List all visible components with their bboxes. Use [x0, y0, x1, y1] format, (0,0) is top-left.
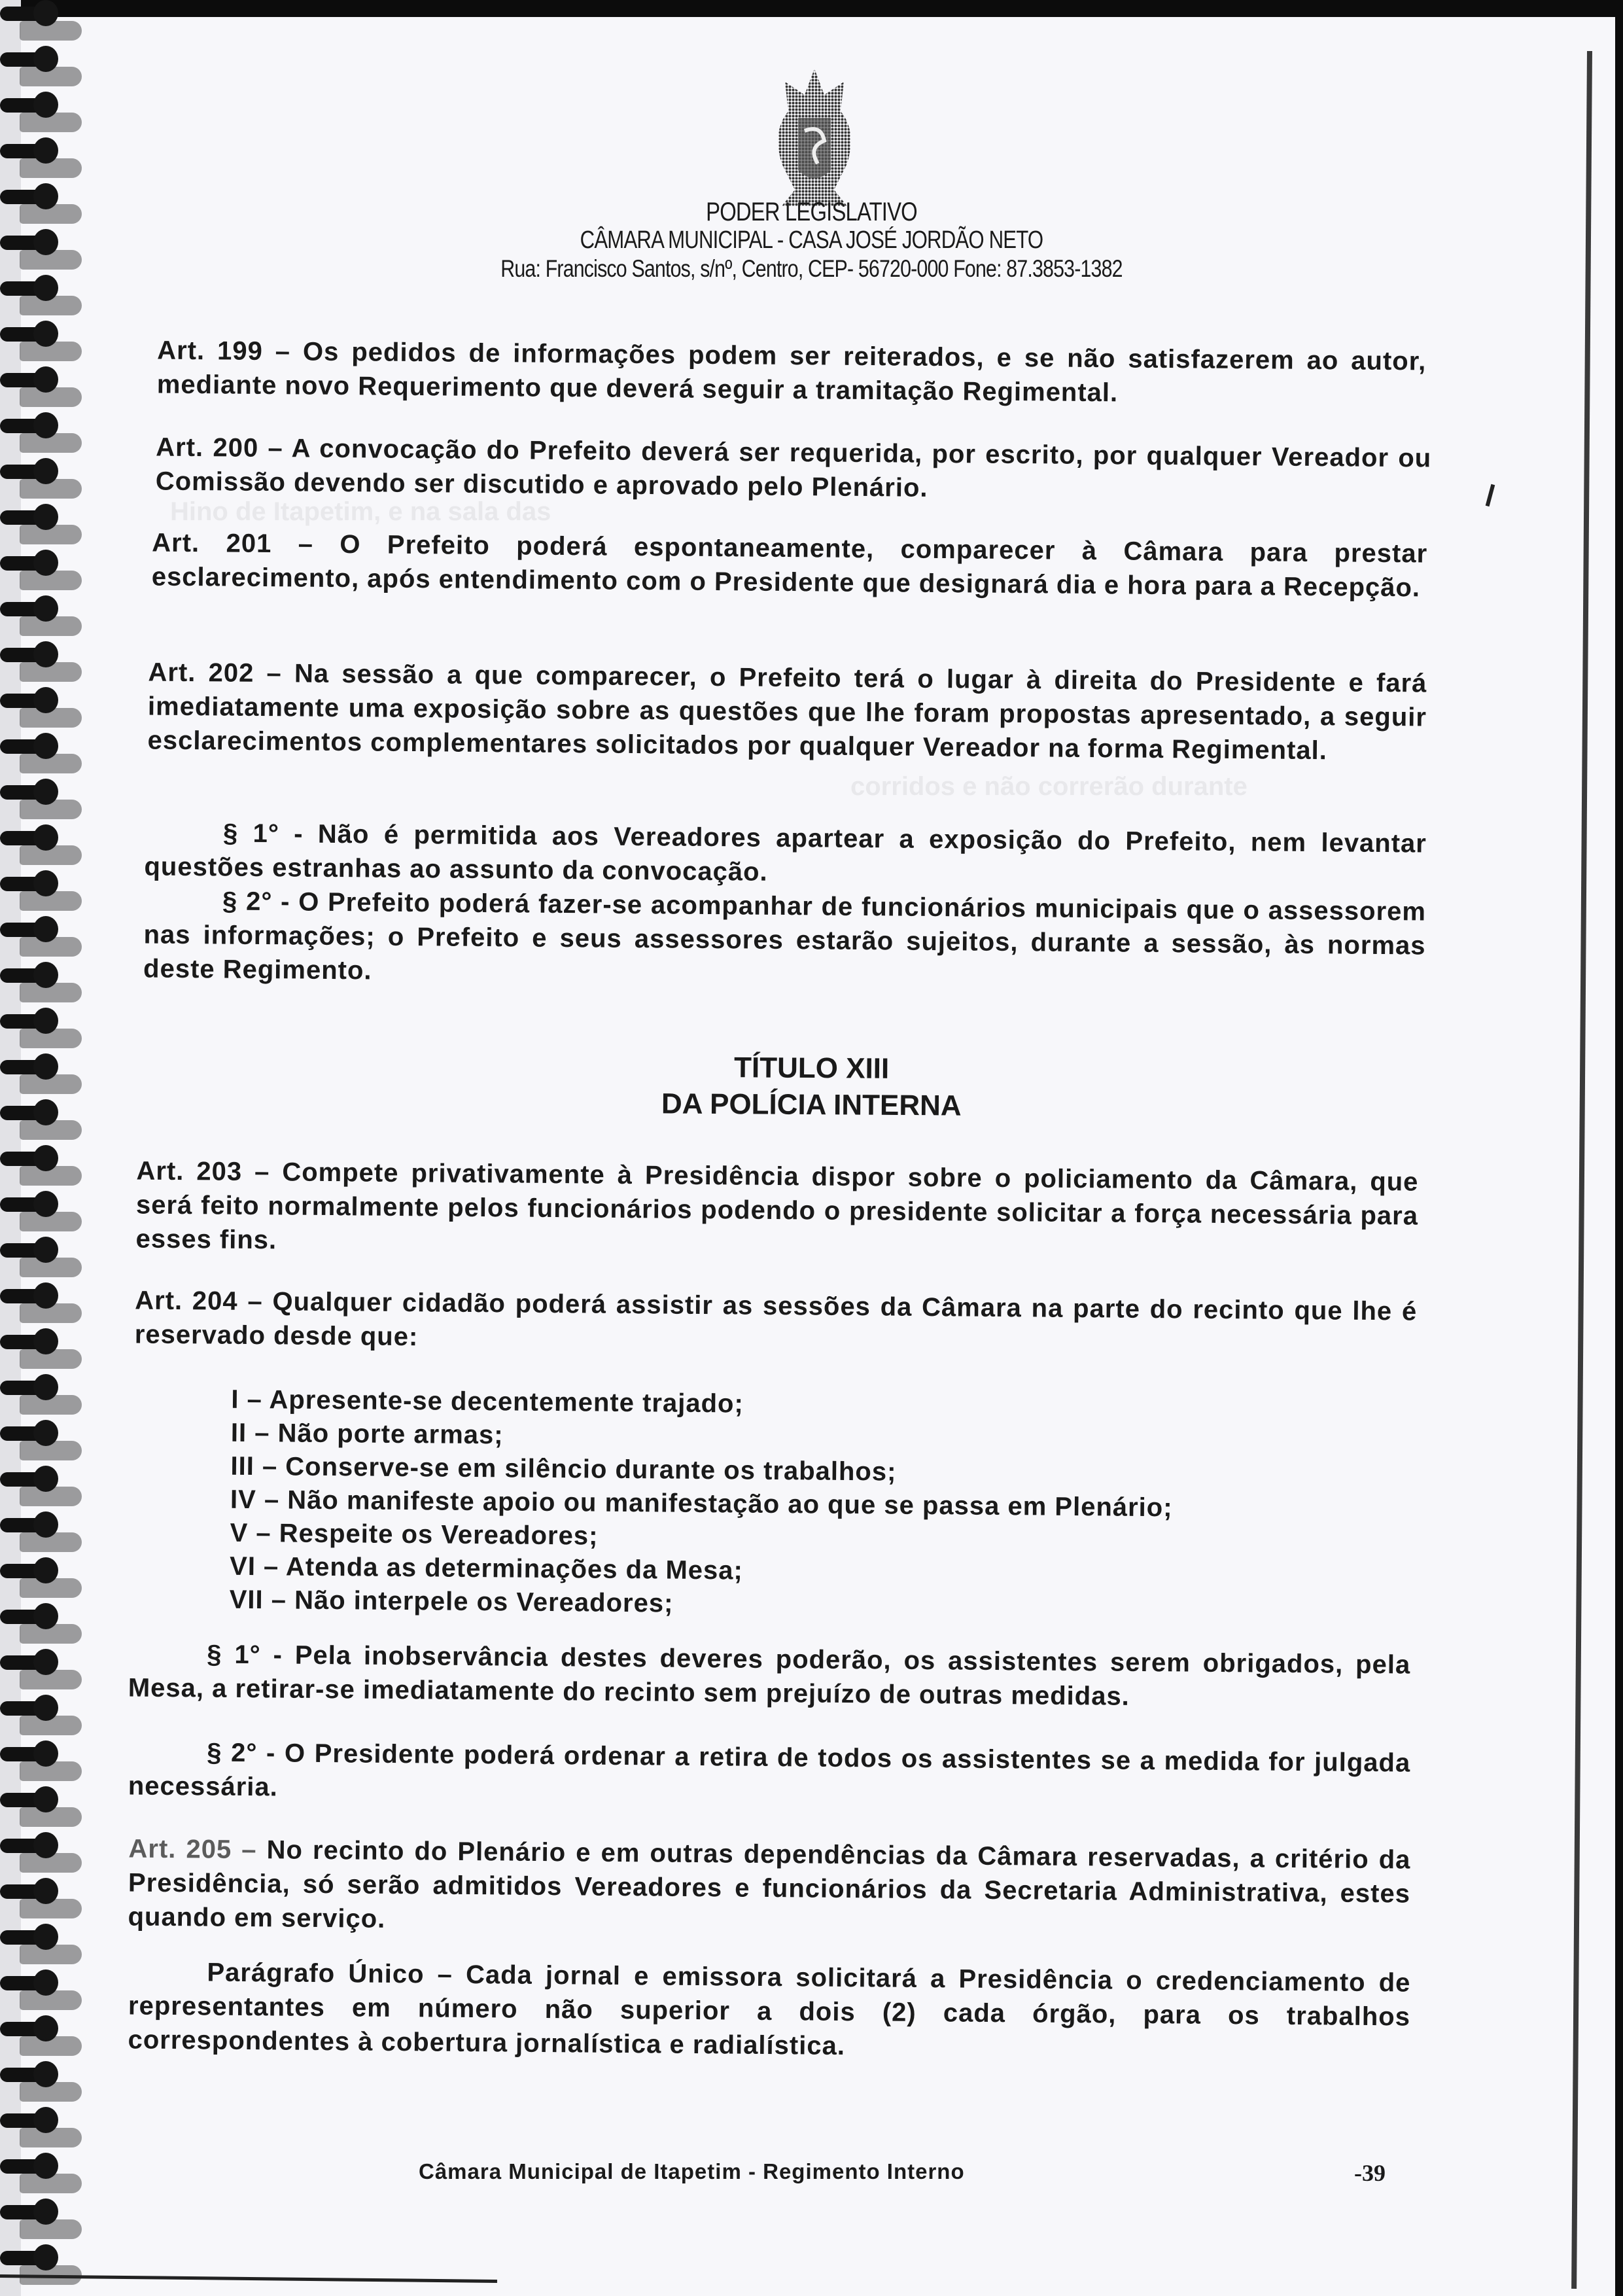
- spiral-coil-icon: [0, 739, 56, 754]
- spiral-coil-icon: [0, 1381, 56, 1395]
- article-label: Art. 203 –: [136, 1156, 270, 1186]
- article-199: Art. 199 – Os pedidos de informações pod…: [157, 334, 1427, 413]
- article-text: Os pedidos de informações podem ser reit…: [157, 337, 1427, 407]
- bleed-through-text: corridos e não correrão durante: [850, 772, 1248, 802]
- article-204-paragraph-1: § 1° - Pela inobservância destes deveres…: [128, 1636, 1411, 1716]
- spiral-coil-icon: [0, 373, 56, 387]
- spiral-coil-icon: [0, 1747, 56, 1761]
- paragraph-2: § 2° - O Prefeito poderá fazer-se acompa…: [143, 883, 1426, 997]
- spiral-coil-icon: [0, 556, 56, 571]
- spiral-coil-icon: [0, 1197, 56, 1212]
- spiral-coil-icon: [0, 1243, 56, 1258]
- spiral-coil-icon: [0, 419, 56, 433]
- spiral-coil-icon: [0, 831, 56, 845]
- spiral-coil-icon: [0, 1793, 56, 1807]
- spiral-coil-icon: [0, 1426, 56, 1441]
- spiral-coil-icon: [0, 1884, 56, 1899]
- spiral-coil-icon: [0, 1014, 56, 1029]
- spiral-coil-icon: [0, 694, 56, 708]
- spiral-coil-icon: [0, 2159, 56, 2174]
- article-204-paragraph-2: § 2° - O Presidente poderá ordenar a ret…: [128, 1735, 1411, 1814]
- spiral-coil-icon: [0, 190, 56, 204]
- article-203: Art. 203 – Compete privativamente à Pres…: [135, 1154, 1418, 1267]
- spiral-coil-icon: [0, 1655, 56, 1670]
- spiral-coil-icon: [0, 2251, 56, 2265]
- article-label: Art. 200 –: [156, 433, 283, 463]
- requirements-list: I – Apresente-se decentemente trajado; I…: [229, 1383, 1174, 1625]
- spiral-coil-icon: [0, 327, 56, 342]
- spiral-coil-icon: [0, 1564, 56, 1578]
- section-title: TÍTULO XIII DA POLÍCIA INTERNA: [0, 1044, 1623, 1129]
- spiral-coil-icon: [0, 510, 56, 525]
- spiral-coil-icon: [0, 2113, 56, 2128]
- spiral-coil-icon: [0, 52, 56, 67]
- header-address: Rua: Francisco Santos, s/nº, Centro, CEP…: [146, 255, 1476, 283]
- header-title: PODER LEGISLATIVO: [146, 198, 1476, 227]
- article-label: Art. 202 –: [148, 658, 282, 688]
- article-text: A convocação do Prefeito deverá ser requ…: [156, 434, 1432, 502]
- article-label: Art. 199 –: [157, 336, 290, 366]
- spiral-coil-icon: [0, 144, 56, 158]
- spiral-coil-icon: [0, 785, 56, 800]
- article-label: Art. 201 –: [152, 528, 313, 558]
- spiral-coil-icon: [0, 602, 56, 616]
- article-201: Art. 201 – O Prefeito poderá espontaneam…: [152, 525, 1428, 605]
- spiral-coil-icon: [0, 465, 56, 479]
- paragraph-2: § 2° - O Presidente poderá ordenar a ret…: [128, 1735, 1411, 1814]
- spiral-coil-icon: [0, 1152, 56, 1166]
- scan-right-border: [1615, 0, 1623, 2296]
- spiral-coil-icon: [0, 236, 56, 250]
- article-202-paragraphs: § 1° - Não é permitida aos Vereadores ap…: [143, 815, 1427, 997]
- spiral-coil-icon: [0, 1976, 56, 1990]
- article-205-sole-paragraph: Parágrafo Único – Cada jornal e emissora…: [128, 1954, 1410, 2068]
- spiral-coil-icon: [0, 2205, 56, 2219]
- article-label: Art. 205 –: [128, 1834, 256, 1864]
- article-text: Na sessão a que comparecer, o Prefeito t…: [147, 659, 1427, 765]
- page-number: -39: [1354, 2159, 1386, 2187]
- spiral-coil-icon: [0, 1335, 56, 1349]
- spiral-coil-icon: [0, 1289, 56, 1303]
- article-label: Art. 204 –: [135, 1286, 263, 1316]
- spiral-coil-icon: [0, 98, 56, 113]
- spiral-coil-icon: [0, 2022, 56, 2036]
- sole-paragraph-label: Parágrafo Único –: [207, 1958, 453, 1988]
- spiral-coil-icon: [0, 1701, 56, 1716]
- paragraph-1: § 1° - Não é permitida aos Vereadores ap…: [144, 815, 1427, 894]
- spiral-coil-icon: [0, 1610, 56, 1624]
- coat-of-arms-icon: [736, 65, 893, 213]
- spiral-coil-icon: [0, 7, 56, 21]
- spiral-coil-icon: [0, 968, 56, 983]
- bleed-through-text: Hino de Itapetim, e na sala das: [170, 497, 551, 527]
- scan-top-border: [0, 0, 1623, 17]
- spiral-coil-icon: [0, 1839, 56, 1853]
- binding-gutter: [0, 0, 21, 2296]
- article-200: Art. 200 – A convocação do Prefeito deve…: [156, 430, 1432, 509]
- spiral-coil-icon: [0, 877, 56, 891]
- spiral-coil-icon: [0, 281, 56, 296]
- page-footer: Câmara Municipal de Itapetim - Regimento…: [419, 2159, 965, 2184]
- article-202: Art. 202 – Na sessão a que comparecer, o…: [147, 655, 1427, 768]
- article-text: O Prefeito poderá espontaneamente, compa…: [152, 530, 1428, 602]
- spiral-coil-icon: [0, 1930, 56, 1945]
- article-204: Art. 204 – Qualquer cidadão poderá assis…: [135, 1283, 1418, 1362]
- spiral-coil-icon: [0, 923, 56, 937]
- spiral-coil-icon: [0, 2068, 56, 2082]
- article-text: Qualquer cidadão poderá assistir as sess…: [135, 1287, 1418, 1351]
- spiral-coil-icon: [0, 1472, 56, 1487]
- spiral-coil-icon: [0, 1518, 56, 1532]
- article-text: Compete privativamente à Presidência dis…: [135, 1157, 1418, 1254]
- header-subtitle: CÂMARA MUNICIPAL - CASA JOSÉ JORDÃO NETO: [146, 226, 1476, 255]
- spiral-coil-icon: [0, 648, 56, 662]
- article-205: Art. 205 – No recinto do Plenário e em o…: [128, 1831, 1410, 1945]
- paragraph-1: § 1° - Pela inobservância destes deveres…: [128, 1636, 1411, 1716]
- spiral-binding: [0, 0, 85, 2296]
- article-text: No recinto do Plenário e em outras depen…: [128, 1835, 1410, 1934]
